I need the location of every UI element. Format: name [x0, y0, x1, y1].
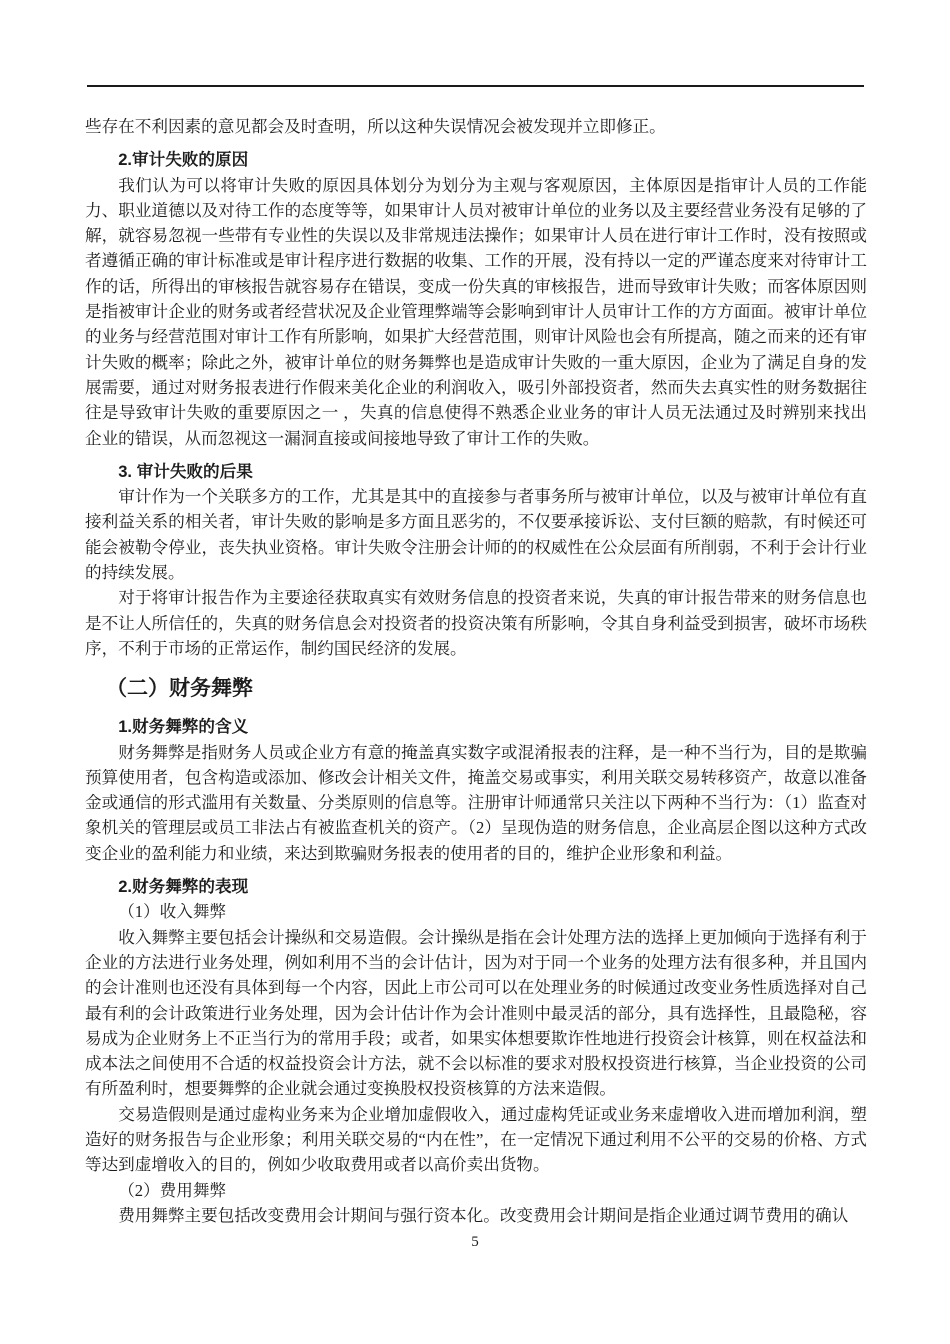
section-heading-financial-fraud: （二）财务舞弊 — [85, 672, 867, 706]
header-rule — [87, 85, 864, 87]
page-number: 5 — [0, 1232, 950, 1252]
paragraph-fraud-definition: 财务舞弊是指财务人员或企业方有意的掩盖真实数字或混淆报表的注释，是一种不当行为，… — [85, 740, 867, 866]
heading-audit-failure-consequences: 3. 审计失败的后果 — [85, 459, 867, 484]
paragraph-consequences-industry: 审计作为一个关联多方的工作，尤其是其中的直接参与者事务所与被审计单位，以及与被审… — [85, 484, 867, 585]
heading-audit-failure-causes: 2.审计失败的原因 — [85, 147, 867, 172]
heading-fraud-manifestations: 2.财务舞弊的表现 — [85, 874, 867, 899]
heading-fraud-definition: 1.财务舞弊的含义 — [85, 714, 867, 739]
subheading-revenue-fraud: （1）收入舞弊 — [85, 899, 867, 924]
paragraph-audit-failure-causes: 我们认为可以将审计失败的原因具体划分为划分为主观与客观原因，主体原因是指审计人员… — [85, 173, 867, 451]
paragraph-continuation: 些存在不利因素的意见都会及时查明，所以这种失误情况会被发现并立即修正。 — [85, 114, 867, 139]
paragraph-revenue-fraud-transactions: 交易造假则是通过虚构业务来为企业增加虚假收入，通过虚构凭证或业务来虚增收入进而增… — [85, 1102, 867, 1178]
document-page: 些存在不利因素的意见都会及时查明，所以这种失误情况会被发现并立即修正。 2.审计… — [0, 0, 950, 1344]
document-body: 些存在不利因素的意见都会及时查明，所以这种失误情况会被发现并立即修正。 2.审计… — [85, 114, 867, 1228]
paragraph-revenue-fraud-accounting: 收入舞弊主要包括会计操纵和交易造假。会计操纵是指在会计处理方法的选择上更加倾向于… — [85, 925, 867, 1102]
paragraph-expense-fraud: 费用舞弊主要包括改变费用会计期间与强行资本化。改变费用会计期间是指企业通过调节费… — [85, 1203, 867, 1228]
subheading-expense-fraud: （2）费用舞弊 — [85, 1178, 867, 1203]
paragraph-consequences-investors: 对于将审计报告作为主要途径获取真实有效财务信息的投资者来说，失真的审计报告带来的… — [85, 585, 867, 661]
